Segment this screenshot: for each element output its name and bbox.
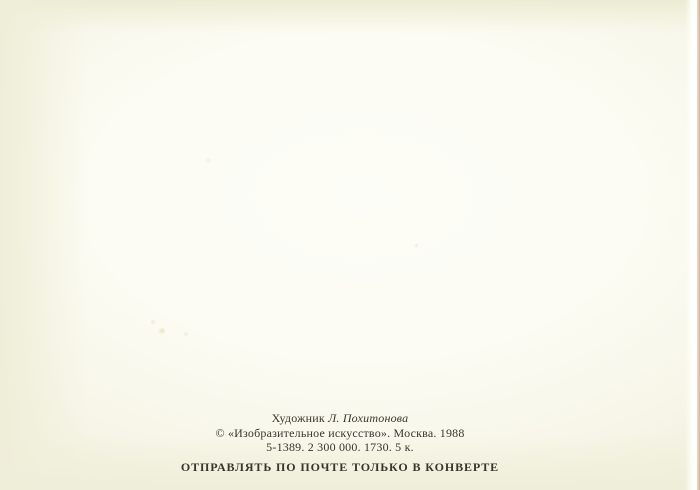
artist-label: Художник (272, 411, 325, 425)
paper-speck (150, 319, 156, 325)
artist-credit: Художник Л. Похитонова (0, 411, 690, 426)
artist-name: Л. Похитонова (328, 411, 408, 425)
edition-info: 5-1389. 2 300 000. 1730. 5 к. (0, 440, 690, 455)
paper-speck (158, 327, 166, 335)
paper-speck (414, 243, 419, 248)
publisher-credit: © «Изобразительное искусство». Москва. 1… (0, 426, 690, 441)
paper-speck (205, 157, 212, 164)
postal-notice: ОТПРАВЛЯТЬ ПО ПОЧТЕ ТОЛЬКО В КОНВЕРТЕ (0, 460, 690, 474)
paper-speck (183, 331, 189, 337)
postcard-back: Художник Л. Похитонова © «Изобразительно… (0, 0, 700, 490)
paper-top-shading (0, 0, 700, 34)
imprint-block: Художник Л. Похитонова © «Изобразительно… (0, 411, 690, 474)
